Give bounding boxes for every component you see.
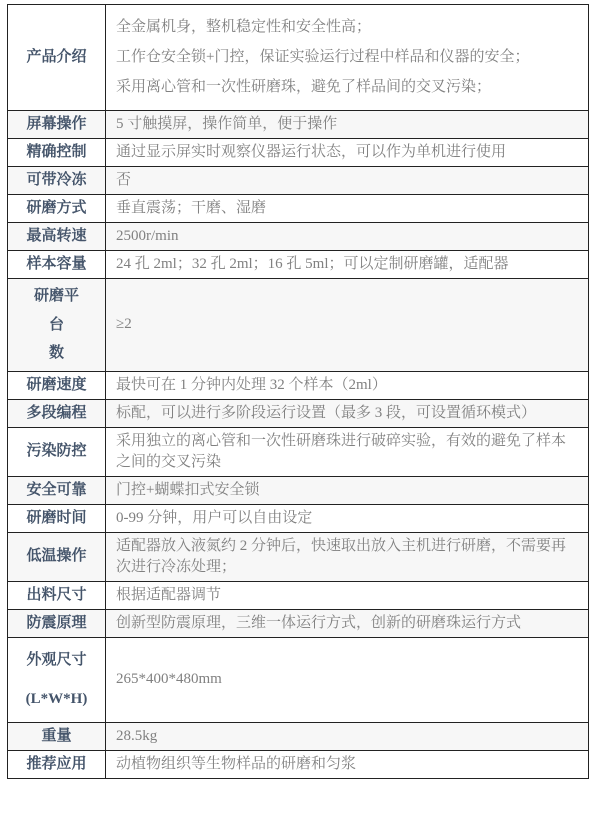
- row-weight: 重量 28.5kg: [8, 722, 589, 750]
- spec-label: 产品介绍: [8, 5, 106, 111]
- row-contamination-control: 污染防控 采用独立的离心管和一次性研磨珠进行破碎实验，有效的避免了样本之间的交叉…: [8, 427, 589, 476]
- row-output-size: 出料尺寸 根据适配器调节: [8, 581, 589, 609]
- row-shockproof-principle: 防震原理 创新型防震原理，三维一体运行方式，创新的研磨珠运行方式: [8, 609, 589, 637]
- spec-value: 2500r/min: [106, 223, 589, 251]
- row-freezing-option: 可带冷冻 否: [8, 167, 589, 195]
- spec-label: 样本容量: [8, 251, 106, 279]
- spec-value: 标配，可以进行多阶段运行设置（最多 3 段，可设置循环模式）: [106, 399, 589, 427]
- spec-label: 重量: [8, 722, 106, 750]
- spec-value: 28.5kg: [106, 722, 589, 750]
- spec-value: 24 孔 2ml；32 孔 2ml；16 孔 5ml；可以定制研磨罐，适配器: [106, 251, 589, 279]
- row-grinding-time: 研磨时间 0-99 分钟，用户可以自由设定: [8, 504, 589, 532]
- spec-label: 屏幕操作: [8, 111, 106, 139]
- spec-value: 根据适配器调节: [106, 581, 589, 609]
- product-spec-table: 产品介绍 全金属机身，整机稳定性和安全性高； 工作仓安全锁+门控，保证实验运行过…: [7, 4, 589, 779]
- spec-value: 通过显示屏实时观察仪器运行状态，可以作为单机进行使用: [106, 139, 589, 167]
- spec-label: 污染防控: [8, 427, 106, 476]
- spec-value: 最快可在 1 分钟内处理 32 个样本（2ml）: [106, 371, 589, 399]
- row-precise-control: 精确控制 通过显示屏实时观察仪器运行状态，可以作为单机进行使用: [8, 139, 589, 167]
- spec-label: 推荐应用: [8, 750, 106, 778]
- spec-label: 精确控制: [8, 139, 106, 167]
- spec-value: 创新型防震原理，三维一体运行方式，创新的研磨珠运行方式: [106, 609, 589, 637]
- row-multi-segment-programming: 多段编程 标配，可以进行多阶段运行设置（最多 3 段，可设置循环模式）: [8, 399, 589, 427]
- spec-label: 防震原理: [8, 609, 106, 637]
- row-safety: 安全可靠 门控+蝴蝶扣式安全锁: [8, 476, 589, 504]
- spec-value: 265*400*480mm: [106, 637, 589, 722]
- spec-label: 研磨时间: [8, 504, 106, 532]
- spec-value: 采用独立的离心管和一次性研磨珠进行破碎实验，有效的避免了样本之间的交叉污染: [106, 427, 589, 476]
- spec-value: 门控+蝴蝶扣式安全锁: [106, 476, 589, 504]
- spec-value: 5 寸触摸屏，操作简单，便于操作: [106, 111, 589, 139]
- spec-label: 研磨平 台 数: [8, 279, 106, 372]
- spec-value: 动植物组织等生物样品的研磨和匀浆: [106, 750, 589, 778]
- row-screen-operation: 屏幕操作 5 寸触摸屏，操作简单，便于操作: [8, 111, 589, 139]
- spec-value: 否: [106, 167, 589, 195]
- row-recommended-application: 推荐应用 动植物组织等生物样品的研磨和匀浆: [8, 750, 589, 778]
- spec-label: 多段编程: [8, 399, 106, 427]
- row-platform-count: 研磨平 台 数 ≥2: [8, 279, 589, 372]
- spec-value-line: 工作仓安全锁+门控，保证实验运行过程中样品和仪器的安全；: [116, 47, 578, 68]
- spec-value: ≥2: [106, 279, 589, 372]
- row-grinding-mode: 研磨方式 垂直震荡；干磨、湿磨: [8, 195, 589, 223]
- spec-value: 全金属机身，整机稳定性和安全性高； 工作仓安全锁+门控，保证实验运行过程中样品和…: [106, 5, 589, 111]
- row-grinding-speed: 研磨速度 最快可在 1 分钟内处理 32 个样本（2ml）: [8, 371, 589, 399]
- spec-label: 可带冷冻: [8, 167, 106, 195]
- row-sample-capacity: 样本容量 24 孔 2ml；32 孔 2ml；16 孔 5ml；可以定制研磨罐，…: [8, 251, 589, 279]
- spec-label: 外观尺寸 (L*W*H): [8, 637, 106, 722]
- row-product-intro: 产品介绍 全金属机身，整机稳定性和安全性高； 工作仓安全锁+门控，保证实验运行过…: [8, 5, 589, 111]
- row-max-speed: 最高转速 2500r/min: [8, 223, 589, 251]
- spec-value-line: 采用离心管和一次性研磨珠，避免了样品间的交叉污染；: [116, 77, 578, 98]
- spec-label: 出料尺寸: [8, 581, 106, 609]
- row-cryogenic-operation: 低温操作 适配器放入液氮约 2 分钟后，快速取出放入主机进行研磨，不需要再次进行…: [8, 532, 589, 581]
- spec-value: 0-99 分钟，用户可以自由设定: [106, 504, 589, 532]
- spec-label: 最高转速: [8, 223, 106, 251]
- spec-value: 适配器放入液氮约 2 分钟后，快速取出放入主机进行研磨，不需要再次进行冷冻处理；: [106, 532, 589, 581]
- spec-label: 研磨方式: [8, 195, 106, 223]
- spec-value-line: 全金属机身，整机稳定性和安全性高；: [116, 17, 578, 38]
- spec-label: 低温操作: [8, 532, 106, 581]
- row-dimensions: 外观尺寸 (L*W*H) 265*400*480mm: [8, 637, 589, 722]
- spec-value: 垂直震荡；干磨、湿磨: [106, 195, 589, 223]
- spec-label: 研磨速度: [8, 371, 106, 399]
- spec-label: 安全可靠: [8, 476, 106, 504]
